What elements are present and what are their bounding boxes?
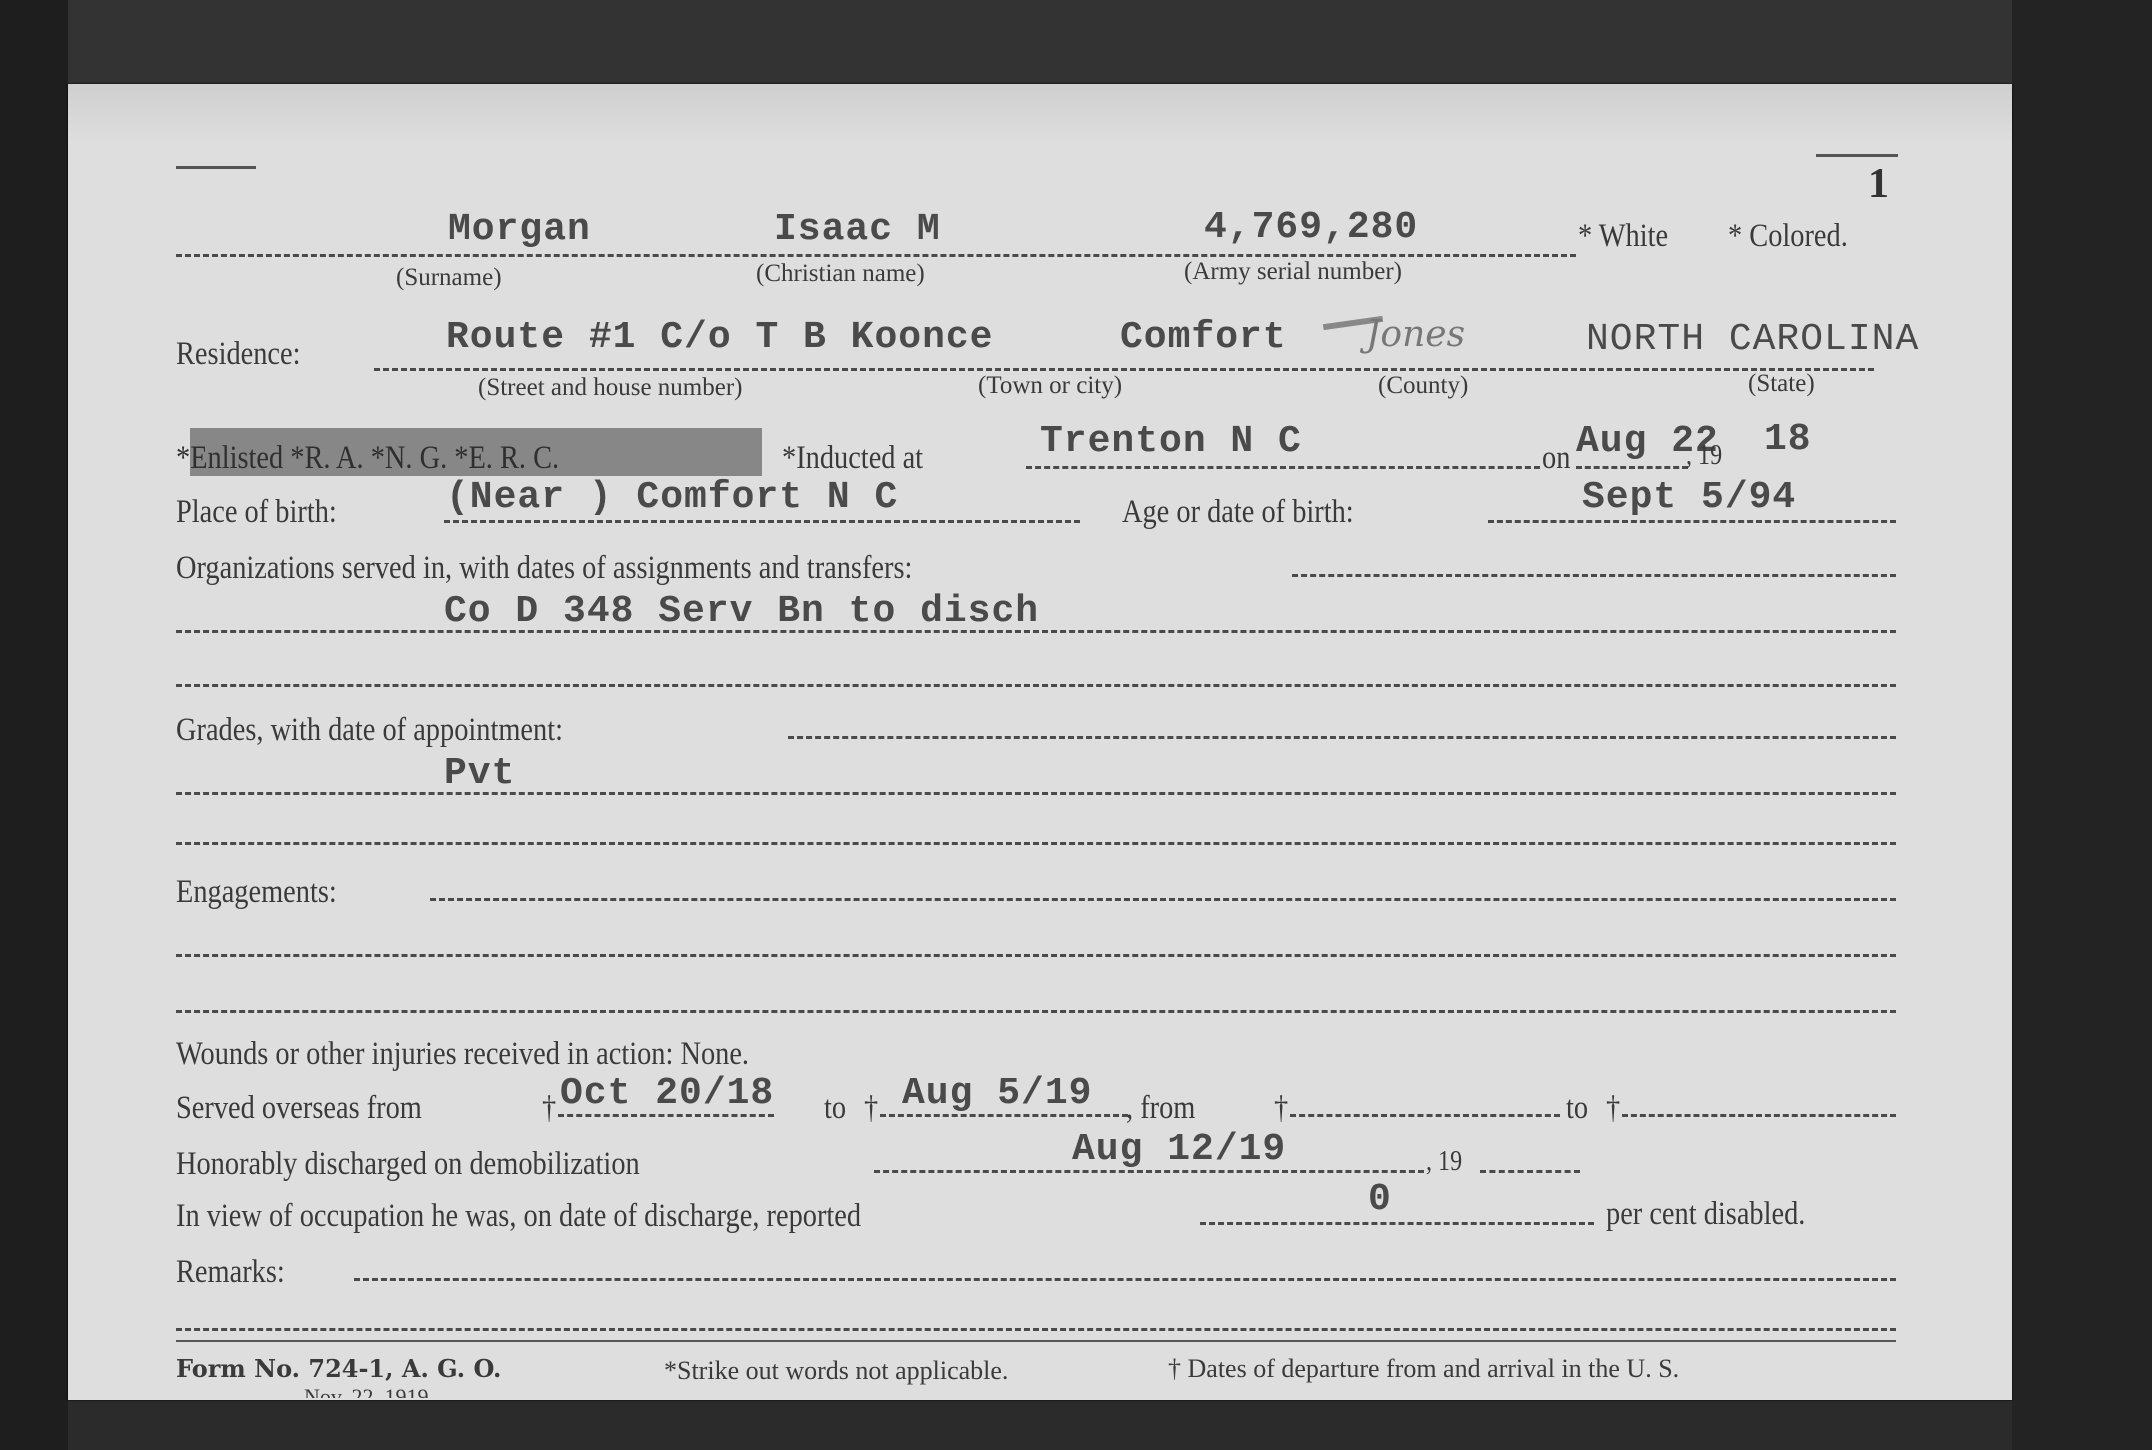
place-of-birth-label: Place of birth: [176,494,337,531]
residence-label: Residence: [176,336,301,373]
state-label: (State) [1748,370,1815,398]
engagements-label: Engagements: [176,874,337,911]
race-colored-option: * Colored. [1728,218,1848,255]
discharge-date-value: Aug 12/19 [1072,1128,1286,1171]
footnote-dates: † Dates of departure from and arrival in… [1168,1354,1679,1384]
town-label: (Town or city) [978,372,1122,400]
place-of-birth-value: (Near ) Comfort N C [446,476,898,519]
surname-label: (Surname) [396,264,502,292]
remarks-label: Remarks: [176,1254,285,1291]
organizations-line-0 [1292,574,1896,577]
grades-entry-1: Pvt [444,752,515,795]
organizations-line-2 [176,684,1896,687]
remarks-line-0 [354,1278,1896,1281]
inducted-at-value: Trenton N C [1040,420,1302,463]
date-of-birth-value: Sept 5/94 [1582,476,1796,519]
christian-name-value: Isaac M [774,208,941,251]
discharge-year-prefix: , 19 [1426,1146,1462,1178]
engagements-line-0 [430,898,1896,901]
residence-state-value: NORTH CAROLINA [1586,318,1919,361]
dagger-icon-4: † [1606,1090,1620,1127]
street-label: (Street and house number) [478,374,743,402]
disability-line [1200,1222,1594,1225]
disability-label: In view of occupation he was, on date of… [176,1198,861,1235]
overseas-from-line [558,1114,774,1117]
discharge-label: Honorably discharged on demobilization [176,1146,640,1183]
enlisted-options-struck: *Enlisted *R. A. *N. G. *E. R. C. [176,440,559,477]
residence-line [374,368,1874,371]
overseas-to-label: to [824,1090,846,1127]
grades-label: Grades, with date of appointment: [176,712,563,749]
dagger-icon-2: † [864,1090,878,1127]
date-of-birth-line [1488,520,1896,523]
engagements-line-2 [176,1010,1896,1013]
name-line [176,254,1576,257]
overseas-to2-label: to [1566,1090,1588,1127]
county-label: (County) [1378,372,1468,400]
dagger-icon: † [542,1090,556,1127]
disability-percent-value: 0 [1368,1178,1392,1221]
inducted-at-label: *Inducted at [782,440,923,477]
corner-mark-right [1816,154,1898,157]
induction-year-prefix: , 19 [1686,440,1722,472]
overseas-from2-line [1290,1114,1560,1117]
engagements-line-1 [176,954,1896,957]
date-of-birth-label: Age or date of birth: [1122,494,1354,531]
scan-background-top [68,0,2012,88]
footnote-strike-out: *Strike out words not applicable. [664,1356,1008,1386]
induction-date-line [1576,466,1688,469]
overseas-to2-line [1622,1114,1896,1117]
form-date: Nov. 22, 1919. [304,1384,434,1398]
induction-year-value: 18 [1764,418,1812,461]
scan-background-right [2012,0,2152,1450]
remarks-line-1 [176,1328,1896,1331]
serial-number-value: 4,769,280 [1204,206,1418,249]
overseas-from2-label: , from [1126,1090,1195,1127]
grades-line-0 [788,736,1896,739]
race-white-option: * White [1578,218,1668,255]
disability-suffix: per cent disabled. [1606,1196,1805,1233]
grades-line-1 [176,792,1896,795]
overseas-to-line [880,1114,1128,1117]
discharge-year-line [1480,1170,1580,1173]
organizations-entry-1: Co D 348 Serv Bn to disch [444,590,1039,633]
residence-county-value: Jones [1366,314,1465,355]
residence-town-value: Comfort [1120,316,1287,359]
surname-value: Morgan [448,208,591,251]
organizations-label: Organizations served in, with dates of a… [176,550,912,587]
inducted-on-label: on [1542,440,1570,477]
form-number: Form No. 724-1, A. G. O. [176,1354,501,1383]
residence-street-value: Route #1 C/o T B Koonce [446,316,994,359]
card-number: 1 [1868,160,1889,208]
footer-rule [176,1340,1896,1342]
corner-mark-left [176,166,256,169]
christian-name-label: (Christian name) [756,260,925,288]
inducted-at-line [1026,466,1540,469]
overseas-to-value: Aug 5/19 [902,1072,1092,1115]
wounds-label: Wounds or other injuries received in act… [176,1036,749,1073]
overseas-from-value: Oct 20/18 [560,1072,774,1115]
place-of-birth-line [444,520,1080,523]
dagger-icon-3: † [1274,1090,1288,1127]
service-record-card: 1 Morgan Isaac M 4,769,280 * White * Col… [68,84,2012,1400]
scan-background-left [0,0,68,1450]
served-overseas-label: Served overseas from [176,1090,422,1127]
organizations-line-1 [176,630,1896,633]
serial-number-label: (Army serial number) [1184,258,1402,286]
grades-line-2 [176,842,1896,845]
